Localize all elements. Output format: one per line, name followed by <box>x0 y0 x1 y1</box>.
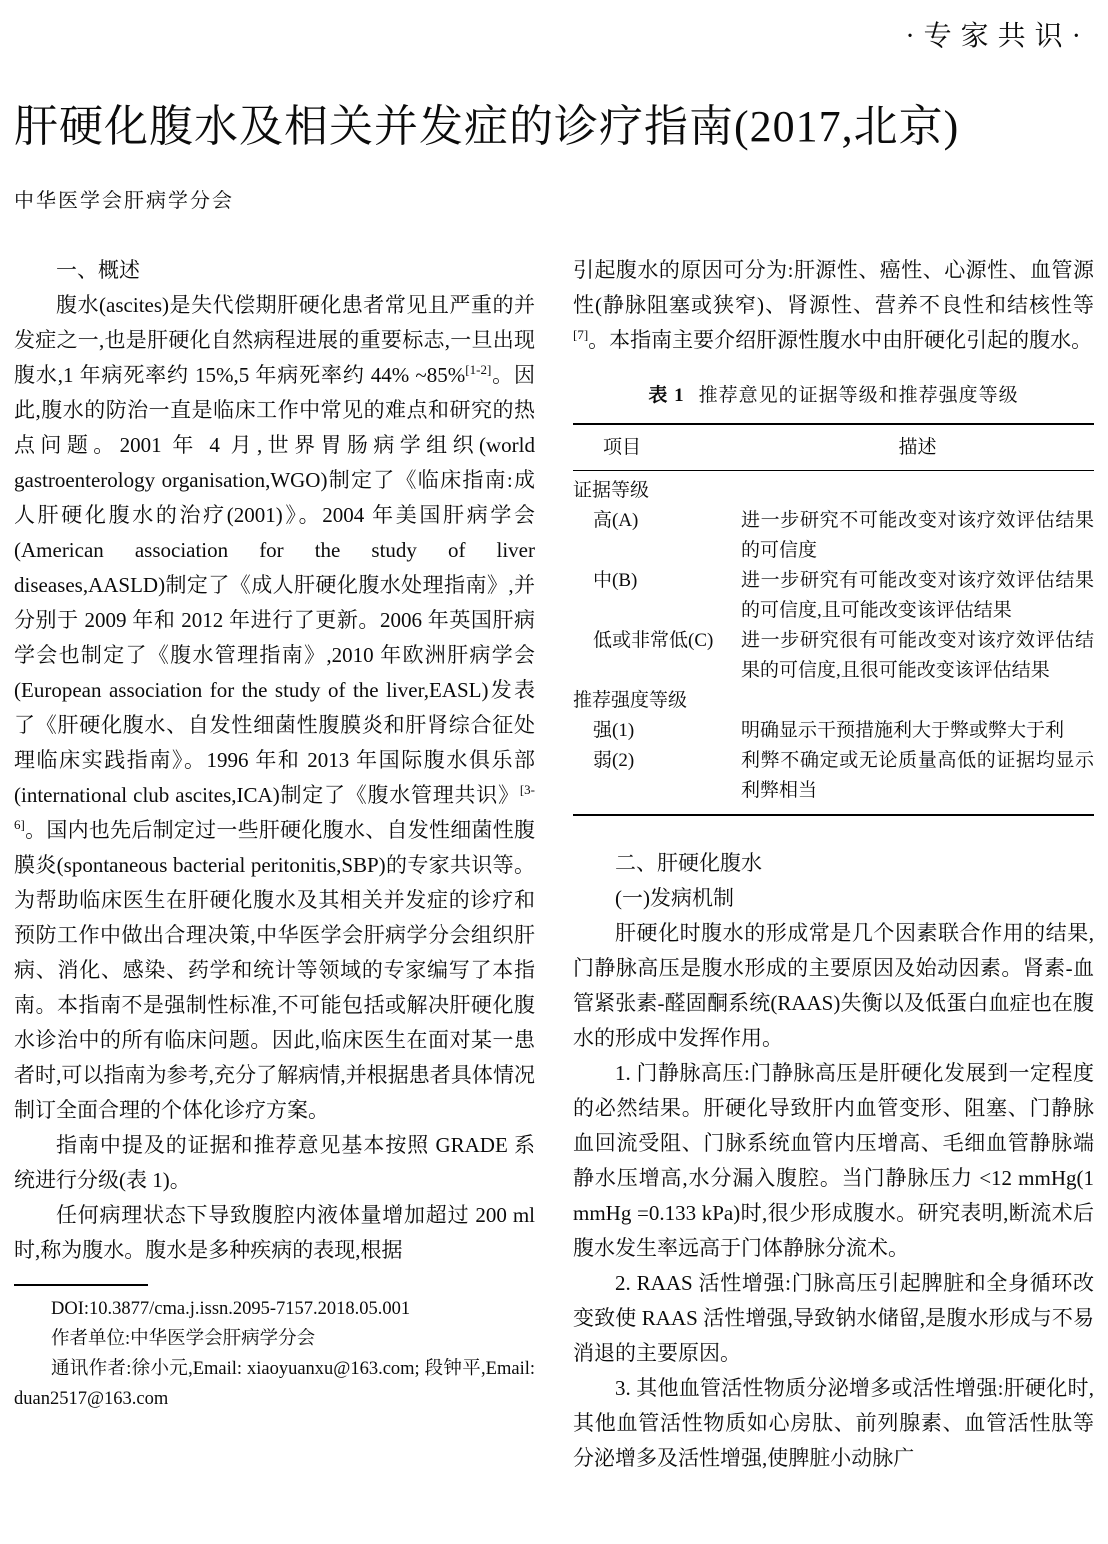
paragraph-raas: 2. RAAS 活性增强:门脉高压引起脾脏和全身循环改变致使 RAAS 活性增强… <box>573 1266 1094 1371</box>
paper-title: 肝硬化腹水及相关并发症的诊疗指南(2017,北京) <box>14 90 1092 154</box>
footnote-block: DOI:10.3877/cma.j.issn.2095-7157.2018.05… <box>14 1284 535 1414</box>
paragraph-portal-hypertension: 1. 门静脉高压:门静脉高压是肝硬化发展到一定程度的必然结果。肝硬化导致肝内血管… <box>573 1056 1094 1266</box>
paragraph-grade: 指南中提及的证据和推荐意见基本按照 GRADE 系统进行分级(表 1)。 <box>14 1128 535 1198</box>
table-1-caption-label: 表 1 <box>648 385 684 406</box>
table-row-category-evidence: 证据等级 <box>573 476 1094 506</box>
table-1: 表 1推荐意见的证据等级和推荐强度等级 项目 描述 证据等级 高(A) 进一步研… <box>573 378 1094 816</box>
table-row-low-c: 低或非常低(C) 进一步研究很有可能改变对该疗效评估结果的可信度,且很可能改变该… <box>573 626 1094 686</box>
paragraph-vasoactive-substances: 3. 其他血管活性物质分泌增多或活性增强:肝硬化时,其他血管活性物质如心房肽、前… <box>573 1371 1094 1476</box>
table-row-high-a: 高(A) 进一步研究不可能改变对该疗效评估结果的可信度 <box>573 506 1094 566</box>
table-1-body: 证据等级 高(A) 进一步研究不可能改变对该疗效评估结果的可信度 中(B) 进一… <box>573 471 1094 816</box>
table-1-caption: 表 1推荐意见的证据等级和推荐强度等级 <box>573 378 1094 413</box>
section-heading-overview: 一、概述 <box>14 253 535 288</box>
left-column: 一、概述 腹水(ascites)是失代偿期肝硬化患者常见且严重的并发症之一,也是… <box>14 253 535 1476</box>
table-1-header-item: 项目 <box>573 430 741 465</box>
column-type-badge: ·专家共识· <box>14 14 1092 54</box>
paragraph-ascites-causes: 引起腹水的原因可分为:肝源性、癌性、心源性、血管源性(静脉阻塞或狭窄)、肾源性、… <box>573 253 1094 358</box>
right-column: 引起腹水的原因可分为:肝源性、癌性、心源性、血管源性(静脉阻塞或狭窄)、肾源性、… <box>573 253 1094 1476</box>
paragraph-pathogenesis-intro: 肝硬化时腹水的形成常是几个因素联合作用的结果,门静脉高压是腹水形成的主要原因及始… <box>573 916 1094 1056</box>
table-row-category-strength: 推荐强度等级 <box>573 686 1094 716</box>
table-1-caption-text: 推荐意见的证据等级和推荐强度等级 <box>699 385 1019 406</box>
paragraph-ascites-definition: 任何病理状态下导致腹腔内液体量增加超过 200 ml 时,称为腹水。腹水是多种疾… <box>14 1198 535 1268</box>
paper-page: ·专家共识· 肝硬化腹水及相关并发症的诊疗指南(2017,北京) 中华医学会肝病… <box>0 0 1108 1544</box>
footnote-correspondence: 通讯作者:徐小元,Email: xiaoyuanxu@163.com; 段钟平,… <box>14 1354 535 1414</box>
table-1-header-row: 项目 描述 <box>573 423 1094 471</box>
table-row-mid-b: 中(B) 进一步研究有可能改变对该疗效评估结果的可信度,且可能改变该评估结果 <box>573 566 1094 626</box>
two-column-body: 一、概述 腹水(ascites)是失代偿期肝硬化患者常见且严重的并发症之一,也是… <box>14 253 1092 1476</box>
table-row-weak-2: 弱(2) 利弊不确定或无论质量高低的证据均显示利弊相当 <box>573 746 1094 806</box>
footnote-doi: DOI:10.3877/cma.j.issn.2095-7157.2018.05… <box>14 1294 535 1324</box>
section-heading-cirrhotic-ascites: 二、肝硬化腹水 <box>573 846 1094 881</box>
table-1-header-desc: 描述 <box>741 430 1094 465</box>
subsection-heading-pathogenesis: (一)发病机制 <box>573 881 1094 916</box>
paragraph-overview: 腹水(ascites)是失代偿期肝硬化患者常见且严重的并发症之一,也是肝硬化自然… <box>14 288 535 1128</box>
table-row-strong-1: 强(1) 明确显示干预措施利大于弊或弊大于利 <box>573 716 1094 746</box>
footnote-affiliation: 作者单位:中华医学会肝病学分会 <box>14 1324 535 1354</box>
footnote-divider <box>14 1284 148 1286</box>
paper-author: 中华医学会肝病学分会 <box>14 184 1092 213</box>
